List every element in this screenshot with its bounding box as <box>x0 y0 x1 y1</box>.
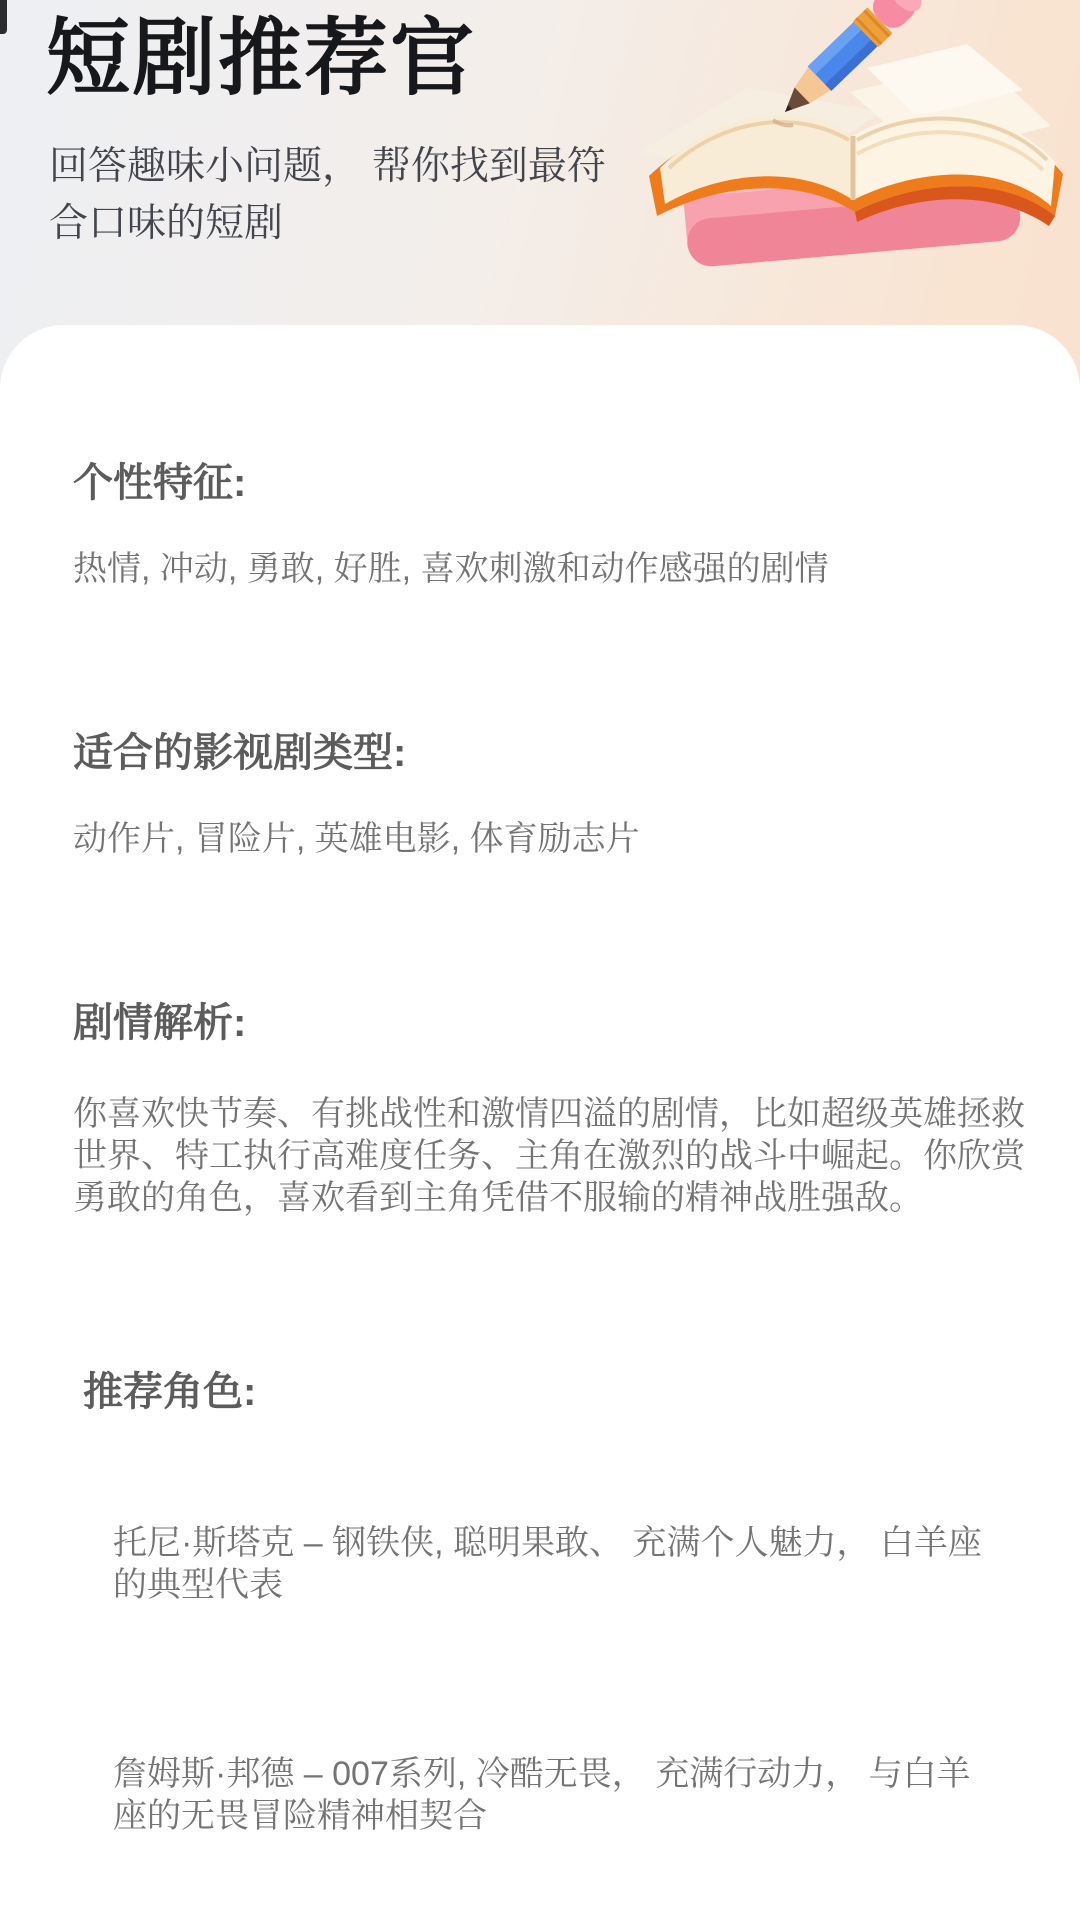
section-body-plot-analysis: 你喜欢快节奏、有挑战性和激情四溢的剧情，比如超级英雄拯救 世界、特工执行高难度任… <box>73 1093 1060 1219</box>
page-title: 短剧推荐官 <box>46 10 476 106</box>
section-body-genres: 动作片, 冒险片, 英雄电影, 体育励志片 <box>73 818 1060 860</box>
section-heading-genres: 适合的影视剧类型: <box>73 729 1060 777</box>
books-pencil-icon <box>625 0 1075 268</box>
role-item-james-bond: 詹姆斯·邦德 – 007系列, 冷酷无畏， 充满行动力， 与白羊 座的无畏冒险精… <box>113 1753 1060 1837</box>
books-pencil-illustration <box>625 0 1075 268</box>
section-body-personality: 热情, 冲动, 勇敢, 好胜, 喜欢刺激和动作感强的剧情 <box>73 548 1060 590</box>
result-card: 个性特征: 热情, 冲动, 勇敢, 好胜, 喜欢刺激和动作感强的剧情 适合的影视… <box>0 325 1080 1920</box>
section-heading-plot-analysis: 剧情解析: <box>73 999 1060 1047</box>
header: 短剧推荐官 回答趣味小问题， 帮你找到最符 合口味的短剧 <box>0 0 1080 325</box>
section-heading-recommended-roles: 推荐角色: <box>83 1368 1060 1416</box>
role-item-tony-stark: 托尼·斯塔克 – 钢铁侠, 聪明果敢、 充满个人魅力， 白羊座 的典型代表 <box>113 1522 1060 1606</box>
section-heading-personality: 个性特征: <box>73 459 1060 507</box>
page-subtitle: 回答趣味小问题， 帮你找到最符 合口味的短剧 <box>49 138 606 252</box>
